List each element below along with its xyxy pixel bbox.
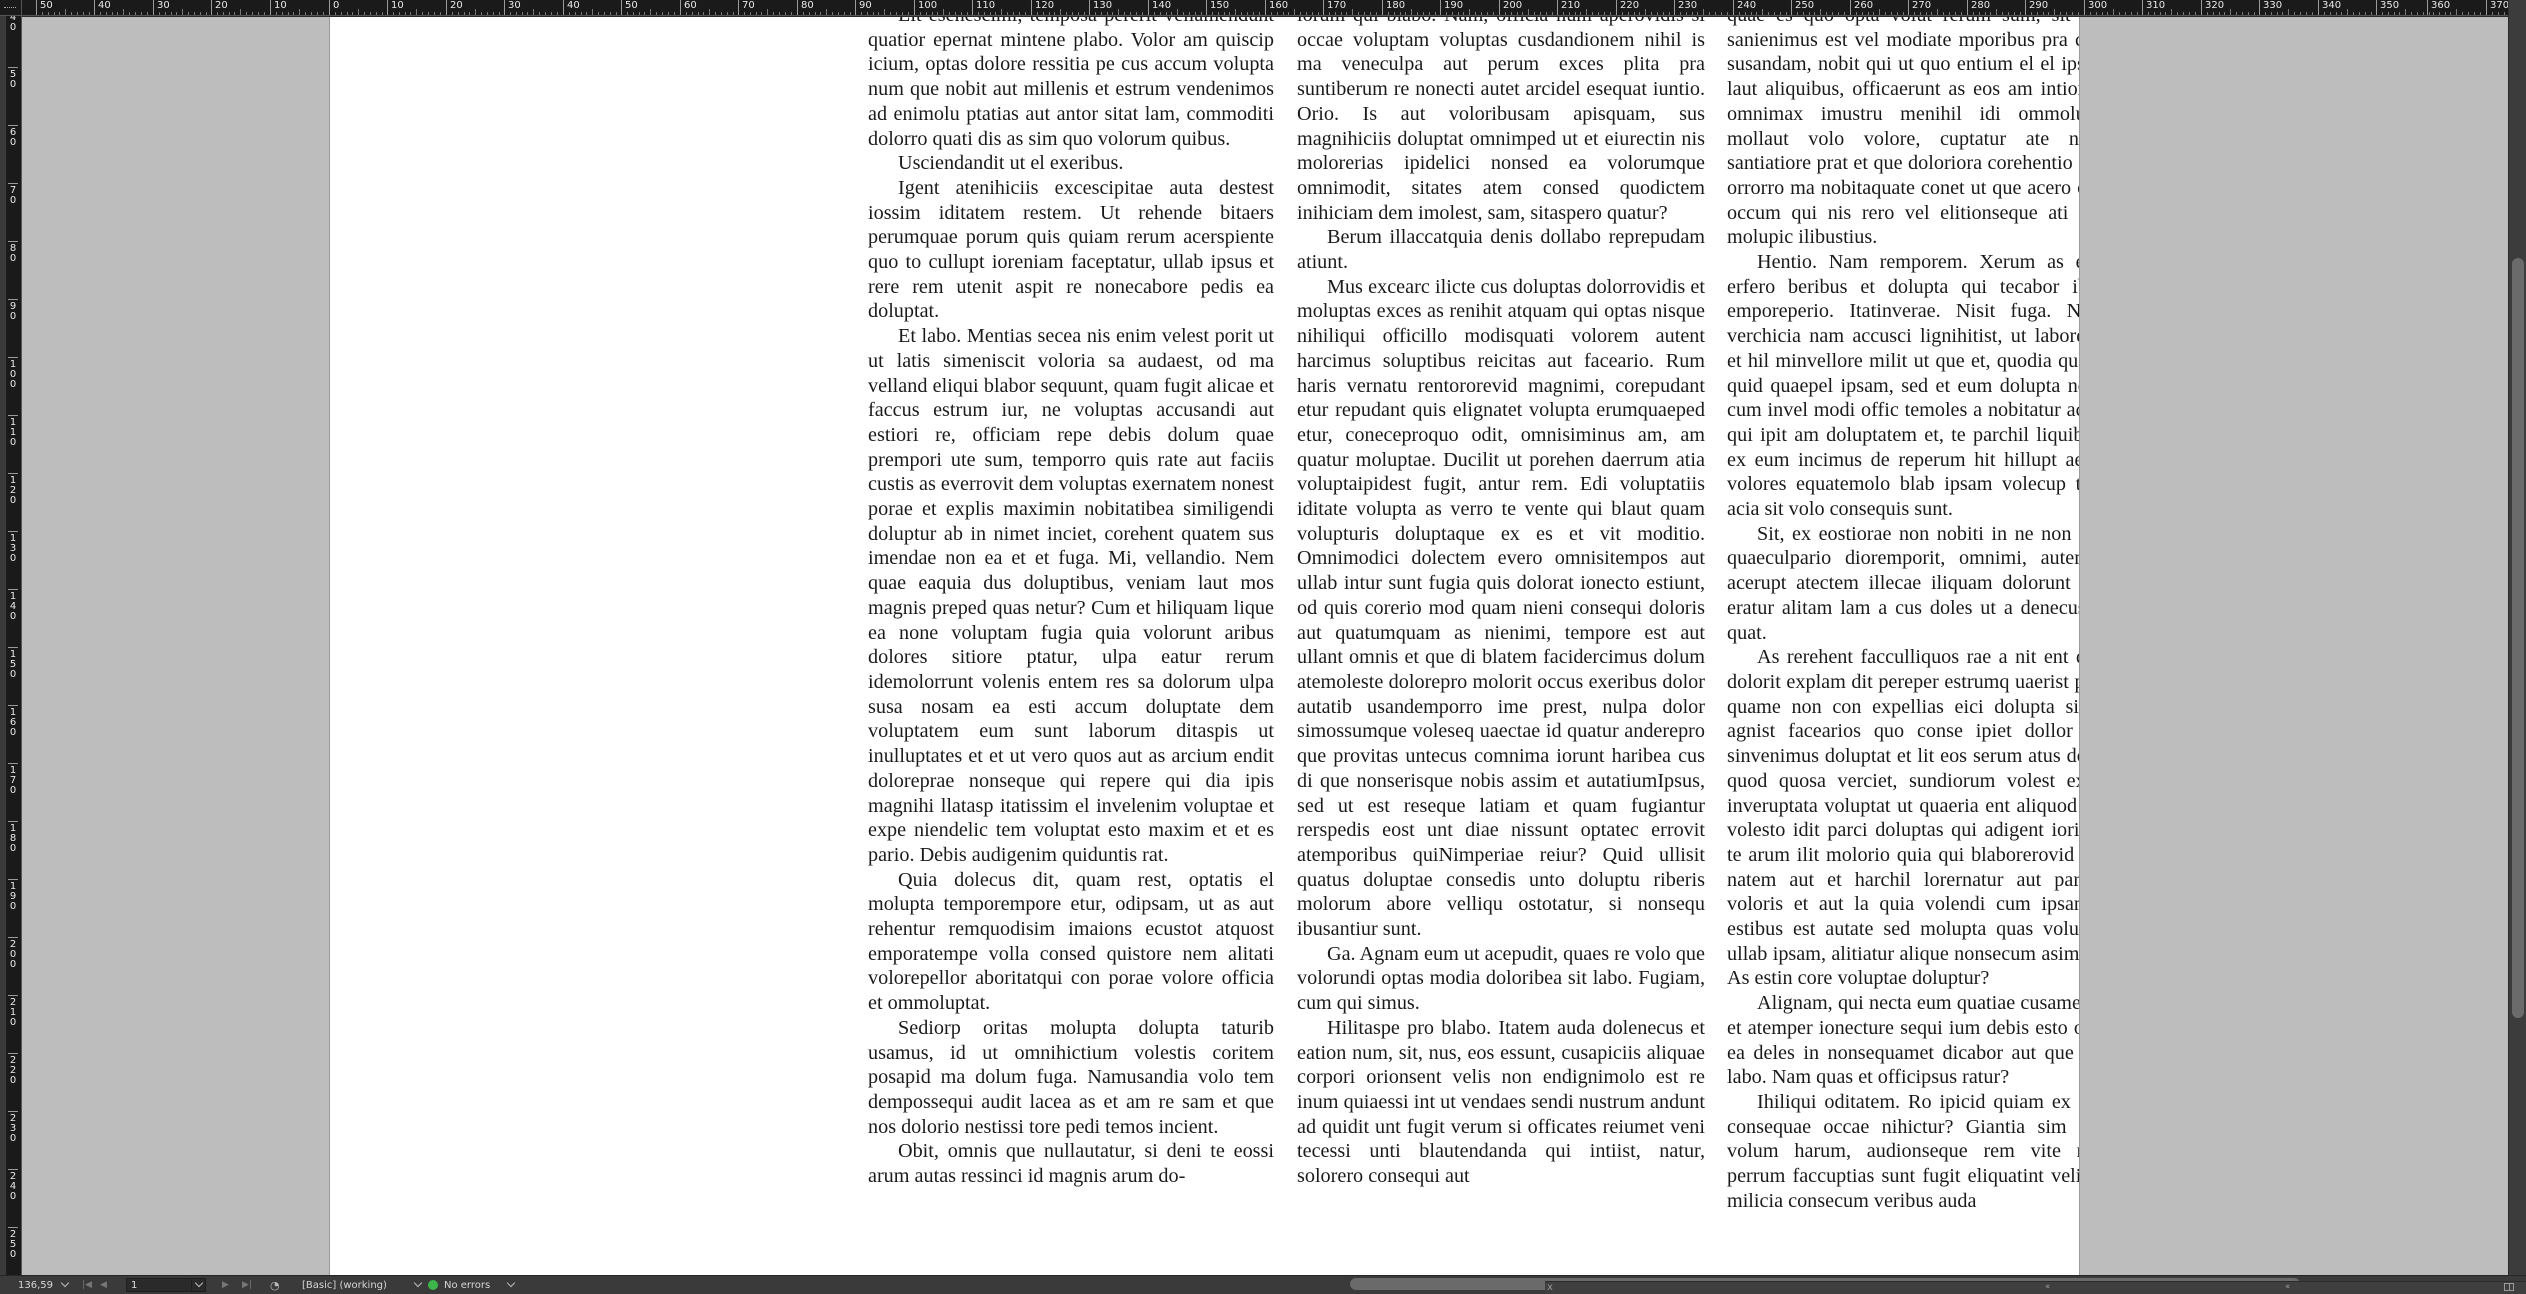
ruler-minor-tick [978, 12, 979, 15]
ruler-minor-tick [2450, 12, 2451, 15]
ruler-minor-tick [1586, 9, 1587, 15]
ruler-minor-tick [347, 12, 348, 15]
ruler-minor-tick [159, 12, 160, 15]
body-paragraph: Alignam, qui necta eum quatiae cusamende… [1727, 991, 2080, 1090]
ruler-minor-tick [2445, 12, 2446, 15]
ruler-minor-tick [1318, 12, 1319, 15]
ruler-minor-tick [1001, 9, 1002, 15]
ruler-minor-tick [1686, 12, 1687, 15]
ruler-minor-tick [65, 9, 66, 15]
ruler-minor-tick [1078, 12, 1079, 15]
ruler-minor-tick [2165, 12, 2166, 15]
ruler-minor-tick [1037, 12, 1038, 15]
ruler-minor-tick [2048, 12, 2049, 15]
zoom-level-field[interactable]: 136,59 [18, 1276, 68, 1294]
ruler-minor-tick [1224, 12, 1225, 15]
ruler-minor-tick [1487, 12, 1488, 15]
ruler-minor-tick [1166, 12, 1167, 15]
ruler-minor-tick [803, 12, 804, 15]
ruler-minor-tick [1463, 12, 1464, 15]
ruler-minor-tick [2183, 12, 2184, 15]
ruler-minor-tick [1703, 9, 1704, 15]
ruler-minor-tick [1060, 9, 1061, 15]
ruler-minor-tick [188, 12, 189, 15]
ruler-minor-tick [1400, 12, 1401, 15]
first-page-icon: |◀ [82, 1280, 92, 1290]
previous-page-button[interactable]: ◀ [100, 1276, 107, 1294]
ruler-minor-tick [1534, 12, 1535, 15]
ruler-minor-tick [1774, 12, 1775, 15]
ruler-tick-label: 120 [8, 473, 18, 506]
ruler-minor-tick [750, 12, 751, 15]
ruler-minor-tick [604, 12, 605, 15]
ruler-minor-tick [1546, 12, 1547, 15]
ruler-minor-tick [1797, 12, 1798, 15]
ruler-tick-label: 220 [8, 1053, 18, 1086]
ruler-minor-tick [171, 12, 172, 15]
ruler-minor-tick [2189, 12, 2190, 15]
ruler-minor-tick [674, 12, 675, 15]
body-paragraph: lorum qui blabo. Nam, officia num aperov… [1297, 17, 1705, 225]
ruler-minor-tick [1739, 12, 1740, 15]
text-frame-column-1[interactable]: Lit esenescimi, temposa pererit vellamen… [868, 17, 1274, 1189]
ruler-minor-tick [2213, 12, 2214, 15]
ruler-minor-tick [1469, 9, 1470, 15]
ruler-minor-tick [616, 12, 617, 15]
ruler-minor-tick [493, 12, 494, 15]
ruler-minor-tick [1101, 12, 1102, 15]
vertical-ruler[interactable]: 4050607080901001101201301401501601701801… [0, 16, 22, 1275]
ruler-minor-tick [1832, 12, 1833, 15]
ruler-minor-tick [2002, 12, 2003, 15]
ruler-minor-tick [557, 12, 558, 15]
ruler-minor-tick [464, 12, 465, 15]
open-document-button[interactable]: ◔ [270, 1276, 280, 1294]
ruler-minor-tick [1721, 12, 1722, 15]
ruler-minor-tick [1095, 12, 1096, 15]
ruler-minor-tick [1259, 12, 1260, 15]
ruler-minor-tick [533, 9, 534, 15]
ruler-tick-label: 30 [153, 0, 170, 16]
ruler-minor-tick [1931, 12, 1932, 15]
ruler-minor-tick [744, 12, 745, 15]
ruler-minor-tick [527, 12, 528, 15]
ruler-minor-tick [305, 12, 306, 15]
ruler-minor-tick [785, 12, 786, 15]
ruler-minor-tick [1370, 12, 1371, 15]
ruler-minor-tick [2405, 9, 2406, 15]
ruler-minor-tick [2474, 12, 2475, 15]
ruler-minor-tick [1634, 12, 1635, 15]
preflight-profile-label: [Basic] (working) [302, 1280, 387, 1291]
ruler-minor-tick [2347, 9, 2348, 15]
ruler-minor-tick [815, 12, 816, 15]
ruler-minor-tick [1283, 12, 1284, 15]
ruler-minor-tick [1873, 12, 1874, 15]
ruler-minor-tick [656, 12, 657, 15]
ruler-minor-tick [1592, 12, 1593, 15]
ruler-minor-tick [650, 9, 651, 15]
zoom-level-value[interactable]: 136,59 [18, 1280, 56, 1291]
ruler-minor-tick [2498, 12, 2499, 15]
next-page-button[interactable]: ▶ [222, 1276, 229, 1294]
ruler-tick-label: 70 [8, 183, 18, 206]
body-paragraph: Mus excearc ilicte cus doluptas dolorrov… [1297, 275, 1705, 942]
first-page-button[interactable]: |◀ [82, 1276, 92, 1294]
ruler-minor-tick [2411, 12, 2412, 15]
ruler-minor-tick [59, 12, 60, 15]
vertical-scrollbar-thumb[interactable] [2512, 258, 2524, 1018]
ruler-minor-tick [844, 12, 845, 15]
text-frame-column-2[interactable]: lorum qui blabo. Nam, officia num aperov… [1297, 17, 1705, 1189]
ruler-minor-tick [861, 12, 862, 15]
ruler-minor-tick [252, 12, 253, 15]
ruler-minor-tick [234, 12, 235, 15]
ruler-minor-tick [2330, 12, 2331, 15]
ruler-minor-tick [399, 12, 400, 15]
ruler-tick-label: 60 [680, 0, 697, 16]
ruler-minor-tick [2423, 12, 2424, 15]
ruler-minor-tick [990, 12, 991, 15]
ruler-minor-tick [2054, 9, 2055, 15]
ruler-minor-tick [2417, 12, 2418, 15]
ruler-minor-tick [48, 12, 49, 15]
ruler-minor-tick [100, 12, 101, 15]
ruler-minor-tick [1692, 12, 1693, 15]
ruler-minor-tick [370, 12, 371, 15]
ruler-minor-tick [264, 12, 265, 15]
ruler-minor-tick [1680, 12, 1681, 15]
body-paragraph: Quia dolecus dit, quam rest, optatis el … [868, 868, 1274, 1016]
ruler-minor-tick [1376, 12, 1377, 15]
ruler-tick-label: 50 [36, 0, 53, 16]
body-paragraph: Ihiliqui oditatem. Ro ipicid quiam ex et… [1727, 1090, 2080, 1214]
ruler-minor-tick [1294, 9, 1295, 15]
ruler-minor-tick [2300, 12, 2301, 15]
ruler-minor-tick [229, 12, 230, 15]
ruler-minor-tick [2072, 12, 2073, 15]
vertical-scrollbar[interactable] [2508, 0, 2526, 1275]
ruler-minor-tick [995, 12, 996, 15]
ruler-minor-tick [1844, 12, 1845, 15]
preflight-status[interactable]: No errors [428, 1276, 514, 1294]
ruler-minor-tick [217, 12, 218, 15]
ruler-minor-tick [2195, 12, 2196, 15]
ruler-minor-tick [1786, 12, 1787, 15]
chevron-down-icon [507, 1279, 515, 1287]
ruler-tick-label: 230 [8, 1111, 18, 1144]
ruler-minor-tick [1435, 12, 1436, 15]
ruler-minor-tick [1341, 12, 1342, 15]
ruler-minor-tick [586, 12, 587, 15]
ruler-minor-tick [1247, 12, 1248, 15]
ruler-tick-label: 240 [8, 1169, 18, 1202]
body-paragraph: Et labo. Mentias secea nis enim velest p… [868, 324, 1274, 867]
ruler-minor-tick [2456, 9, 2457, 15]
ruler-minor-tick [1458, 12, 1459, 15]
ruler-minor-tick [1645, 9, 1646, 15]
collapse-panel-icon[interactable]: ‹‹ [2285, 1282, 2288, 1292]
ruler-minor-tick [2265, 12, 2266, 15]
preflight-profile-menu[interactable]: [Basic] (working) [302, 1276, 421, 1294]
ruler-minor-tick [633, 12, 634, 15]
ruler-minor-tick [1598, 12, 1599, 15]
ruler-minor-tick [1511, 12, 1512, 15]
panel-layout-icon[interactable] [2504, 1283, 2514, 1291]
ruler-tick-label: 40 [94, 0, 111, 16]
ruler-minor-tick [376, 12, 377, 15]
body-paragraph: quae es quo opta volut rerum sum, sit of… [1727, 17, 2080, 250]
ruler-minor-tick [1552, 12, 1553, 15]
collapsed-panel-dock: x ‹‹ ‹‹ [1545, 1281, 2526, 1294]
ruler-minor-tick [1429, 12, 1430, 15]
ruler-minor-tick [1142, 12, 1143, 15]
ruler-minor-tick [902, 12, 903, 15]
ruler-minor-tick [569, 12, 570, 15]
ruler-minor-tick [1838, 12, 1839, 15]
ruler-tick-label: 40 [563, 0, 580, 16]
ruler-minor-tick [117, 12, 118, 15]
ruler-tick-label: 200 [8, 937, 18, 970]
ruler-minor-tick [767, 9, 768, 15]
ruler-minor-tick [703, 12, 704, 15]
ruler-minor-tick [2492, 12, 2493, 15]
ruler-minor-tick [510, 12, 511, 15]
ruler-minor-tick [1937, 9, 1938, 15]
ruler-minor-tick [258, 12, 259, 15]
ruler-minor-tick [1446, 12, 1447, 15]
ruler-minor-tick [1493, 12, 1494, 15]
ruler-tick-label: 160 [8, 705, 18, 738]
ruler-tick-label: 50 [8, 67, 18, 90]
ruler-minor-tick [920, 12, 921, 15]
ruler-minor-tick [1505, 12, 1506, 15]
ruler-minor-tick [890, 12, 891, 15]
ruler-tick-label: 60 [8, 125, 18, 148]
body-paragraph: Obit, omnis que nullautatur, si deni te … [868, 1139, 1274, 1188]
ruler-minor-tick [200, 12, 201, 15]
ruler-minor-tick [896, 12, 897, 15]
ruler-minor-tick [2288, 9, 2289, 15]
ruler-tick-label: 70 [738, 0, 755, 16]
ruler-minor-tick [2096, 12, 2097, 15]
ruler-minor-tick [1130, 12, 1131, 15]
ruler-minor-tick [2137, 12, 2138, 15]
ruler-tick-label: 90 [855, 0, 872, 16]
ruler-minor-tick [575, 12, 576, 15]
ruler-minor-tick [1112, 12, 1113, 15]
ruler-minor-tick [2341, 12, 2342, 15]
ruler-minor-tick [1768, 12, 1769, 15]
ruler-minor-tick [955, 12, 956, 15]
ruler-minor-tick [1235, 9, 1236, 15]
ruler-minor-tick [2125, 12, 2126, 15]
ruler-minor-tick [1124, 12, 1125, 15]
ruler-tick-label: 80 [8, 241, 18, 264]
ruler-minor-tick [1335, 12, 1336, 15]
ruler-minor-tick [1868, 12, 1869, 15]
ruler-minor-tick [639, 12, 640, 15]
ruler-minor-tick [1826, 12, 1827, 15]
ruler-minor-tick [2090, 12, 2091, 15]
close-panel-icon[interactable]: x [1547, 1282, 1553, 1293]
ruler-minor-tick [1862, 12, 1863, 15]
ruler-minor-tick [1709, 12, 1710, 15]
ruler-minor-tick [1277, 12, 1278, 15]
ruler-minor-tick [1154, 12, 1155, 15]
ruler-minor-tick [1914, 12, 1915, 15]
ruler-tick-label: 250 [8, 1227, 18, 1260]
ruler-minor-tick [2113, 9, 2114, 15]
last-page-icon: ▶| [242, 1280, 252, 1290]
ruler-minor-tick [1528, 9, 1529, 15]
ruler-minor-tick [2236, 12, 2237, 15]
ruler-minor-tick [1241, 12, 1242, 15]
ruler-tick-label: 10 [387, 0, 404, 16]
ruler-minor-tick [2219, 12, 2220, 15]
ruler-minor-tick [1885, 12, 1886, 15]
ruler-minor-tick [1160, 12, 1161, 15]
ruler-minor-tick [1891, 12, 1892, 15]
ruler-minor-tick [2468, 12, 2469, 15]
ruler-minor-tick [2037, 12, 2038, 15]
ruler-minor-tick [1985, 12, 1986, 15]
ruler-minor-tick [135, 12, 136, 15]
ruler-minor-tick [1229, 12, 1230, 15]
ruler-minor-tick [2248, 12, 2249, 15]
ruler-minor-tick [246, 12, 247, 15]
ruler-minor-tick [2394, 12, 2395, 15]
ruler-minor-tick [2371, 12, 2372, 15]
body-paragraph: Usciendandit ut el exeribus. [868, 151, 1274, 176]
ruler-minor-tick [598, 12, 599, 15]
ruler-minor-tick [791, 12, 792, 15]
ruler-minor-tick [2014, 12, 2015, 15]
ruler-minor-tick [1300, 12, 1301, 15]
ruler-minor-tick [194, 12, 195, 15]
ruler-minor-tick [1756, 12, 1757, 15]
ruler-minor-tick [1072, 12, 1073, 15]
ruler-minor-tick [2230, 9, 2231, 15]
ruler-minor-tick [1639, 12, 1640, 15]
ruler-tick-label: 40 [8, 16, 18, 33]
ruler-tick-label: 30 [504, 0, 521, 16]
page-number-value[interactable]: 1 [131, 1280, 137, 1291]
ruler-minor-tick [182, 9, 183, 15]
ruler-minor-tick [54, 12, 55, 15]
ruler-minor-tick [2312, 12, 2313, 15]
ruler-minor-tick [2282, 12, 2283, 15]
ruler-minor-tick [1814, 12, 1815, 15]
ruler-minor-tick [2177, 12, 2178, 15]
ruler-minor-tick [2439, 12, 2440, 15]
ruler-minor-tick [382, 12, 383, 15]
ruler-minor-tick [838, 12, 839, 15]
page-number-dropdown[interactable] [191, 1278, 206, 1292]
ruler-minor-tick [487, 12, 488, 15]
ruler-minor-tick [405, 12, 406, 15]
ruler-minor-tick [475, 9, 476, 15]
ruler-minor-tick [522, 12, 523, 15]
ruler-minor-tick [83, 12, 84, 15]
ruler-minor-tick [1481, 12, 1482, 15]
ruler-minor-tick [2060, 12, 2061, 15]
ruler-origin-corner[interactable] [0, 0, 22, 16]
ruler-minor-tick [2480, 12, 2481, 15]
ruler-tick-label: 210 [8, 995, 18, 1028]
ruler-minor-tick [539, 12, 540, 15]
ruler-minor-tick [1517, 12, 1518, 15]
ruler-minor-tick [1657, 12, 1658, 15]
ruler-minor-tick [2066, 12, 2067, 15]
pasteboard[interactable]: Lit esenescimi, temposa pererit vellamen… [22, 17, 2508, 1275]
ruler-minor-tick [323, 12, 324, 15]
ruler-tick-label: 130 [8, 531, 18, 564]
ruler-minor-tick [176, 12, 177, 15]
ruler-minor-tick [761, 12, 762, 15]
text-frame-column-3[interactable]: quae es quo opta volut rerum sum, sit of… [1727, 17, 2080, 1213]
ruler-minor-tick [2171, 9, 2172, 15]
ruler-minor-tick [961, 12, 962, 15]
ruler-minor-tick [1651, 12, 1652, 15]
preflight-status-dot-icon [428, 1280, 438, 1290]
status-bar: 136,59 |◀ ◀ 1 ▶ ▶| ◔ [Basic] (working) N… [0, 1275, 2526, 1294]
ruler-minor-tick [610, 12, 611, 15]
horizontal-ruler[interactable]: 5040302010010203040506070809010011012013… [0, 0, 2508, 16]
ruler-minor-tick [1329, 12, 1330, 15]
ruler-minor-tick [2154, 12, 2155, 15]
last-page-button[interactable]: ▶| [242, 1276, 252, 1294]
document-page[interactable]: Lit esenescimi, temposa pererit vellamen… [329, 17, 2080, 1275]
collapse-panel-icon[interactable]: ‹‹ [2045, 1282, 2048, 1292]
ruler-minor-tick [2020, 12, 2021, 15]
ruler-minor-tick [1007, 12, 1008, 15]
ruler-minor-tick [42, 12, 43, 15]
ruler-minor-tick [1084, 12, 1085, 15]
ruler-minor-tick [2207, 12, 2208, 15]
ruler-minor-tick [2131, 12, 2132, 15]
ruler-tick-label: 50 [621, 0, 638, 16]
ruler-minor-tick [1054, 12, 1055, 15]
ruler-minor-tick [1669, 12, 1670, 15]
ruler-minor-tick [129, 12, 130, 15]
ruler-minor-tick [1610, 12, 1611, 15]
ruler-minor-tick [299, 9, 300, 15]
ruler-minor-tick [949, 12, 950, 15]
ruler-minor-tick [452, 12, 453, 15]
ruler-minor-tick [311, 12, 312, 15]
ruler-minor-tick [2102, 12, 2103, 15]
ruler-minor-tick [1364, 12, 1365, 15]
ruler-minor-tick [1809, 12, 1810, 15]
ruler-minor-tick [1897, 12, 1898, 15]
ruler-minor-tick [1171, 12, 1172, 15]
ruler-minor-tick [850, 12, 851, 15]
zoom-dropdown-chevron-icon[interactable] [61, 1279, 69, 1287]
ruler-minor-tick [141, 12, 142, 15]
ruler-minor-tick [967, 12, 968, 15]
ruler-minor-tick [644, 12, 645, 15]
ruler-minor-tick [2043, 12, 2044, 15]
ruler-minor-tick [147, 12, 148, 15]
ruler-minor-tick [2353, 12, 2354, 15]
ruler-minor-tick [1943, 12, 1944, 15]
ruler-minor-tick [2294, 12, 2295, 15]
ruler-minor-tick [2324, 12, 2325, 15]
ruler-minor-tick [1049, 12, 1050, 15]
ruler-minor-tick [1019, 12, 1020, 15]
ruler-minor-tick [1926, 12, 1927, 15]
